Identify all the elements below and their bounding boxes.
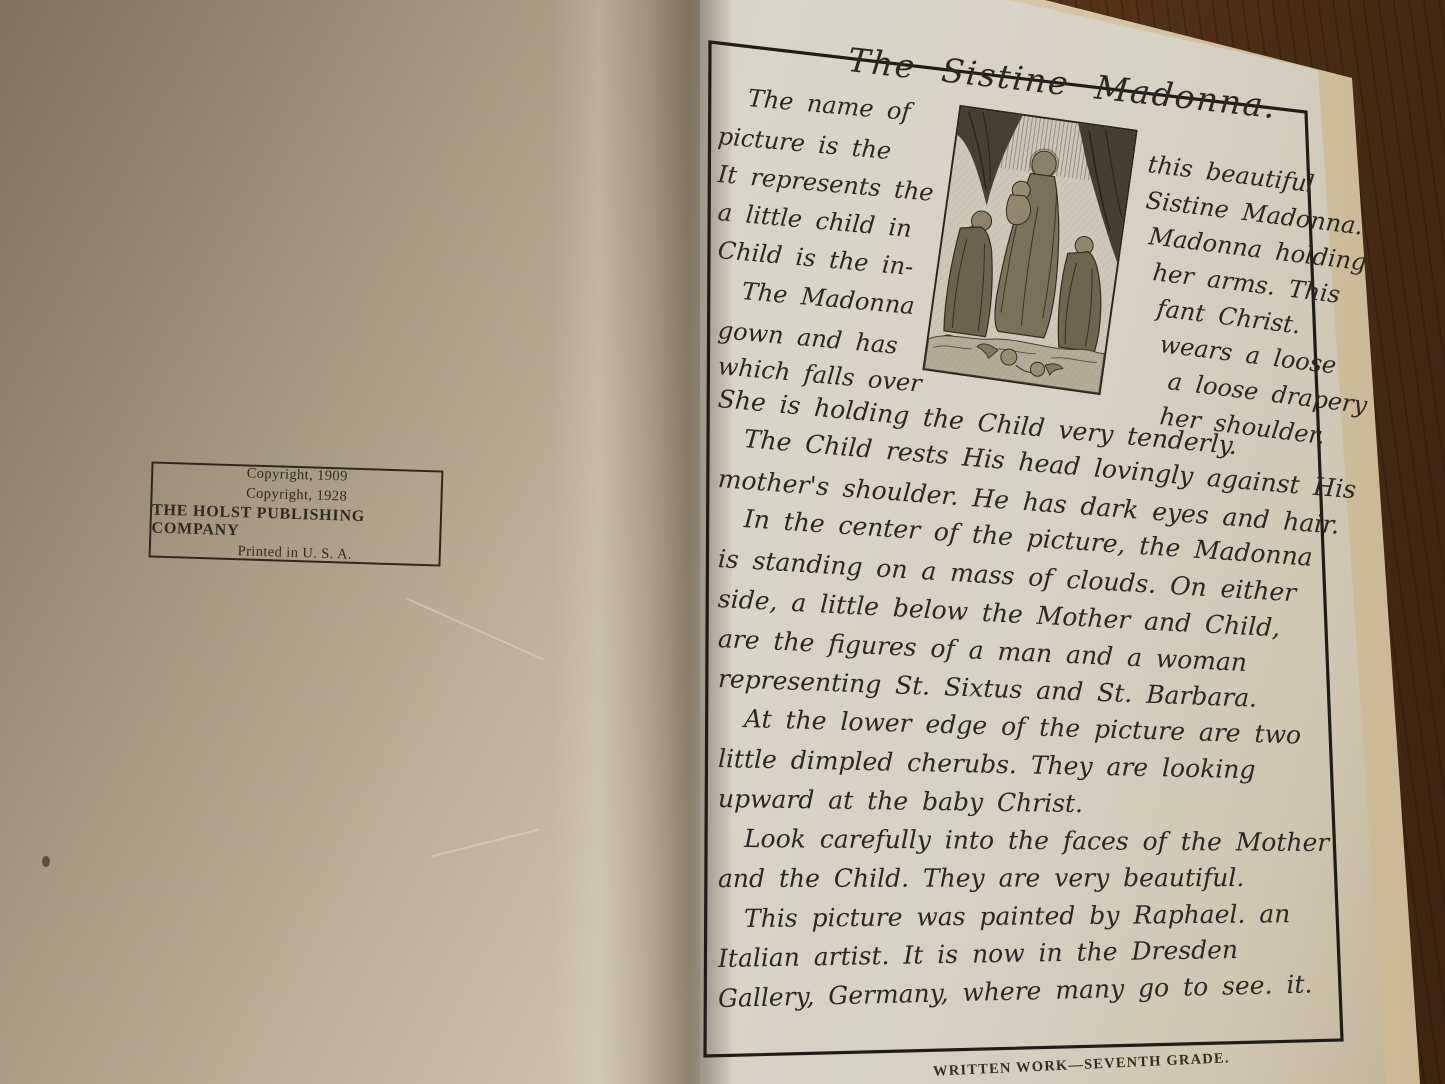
- copyright-box: Copyright, 1909 Copyright, 1928 THE HOLS…: [149, 461, 444, 566]
- copyright-line: Copyright, 1928: [246, 484, 348, 505]
- handwriting-line: This picture was painted by Raphael. an: [744, 899, 1291, 933]
- handwriting-line: Look carefully into the faces of the Mot…: [744, 824, 1330, 857]
- handwriting-line: upward at the baby Christ.: [718, 784, 1083, 818]
- paper-speck: [42, 856, 50, 867]
- sistine-madonna-engraving: [922, 105, 1138, 395]
- publisher-name: THE HOLST PUBLISHING COMPANY: [151, 501, 440, 546]
- copyright-line: Copyright, 1909: [246, 464, 348, 485]
- book-gutter-shadow: [552, 0, 732, 1084]
- handwriting-line: and the Child. They are very beautiful.: [718, 863, 1244, 893]
- copyright-line: Printed in U. S. A.: [237, 542, 352, 564]
